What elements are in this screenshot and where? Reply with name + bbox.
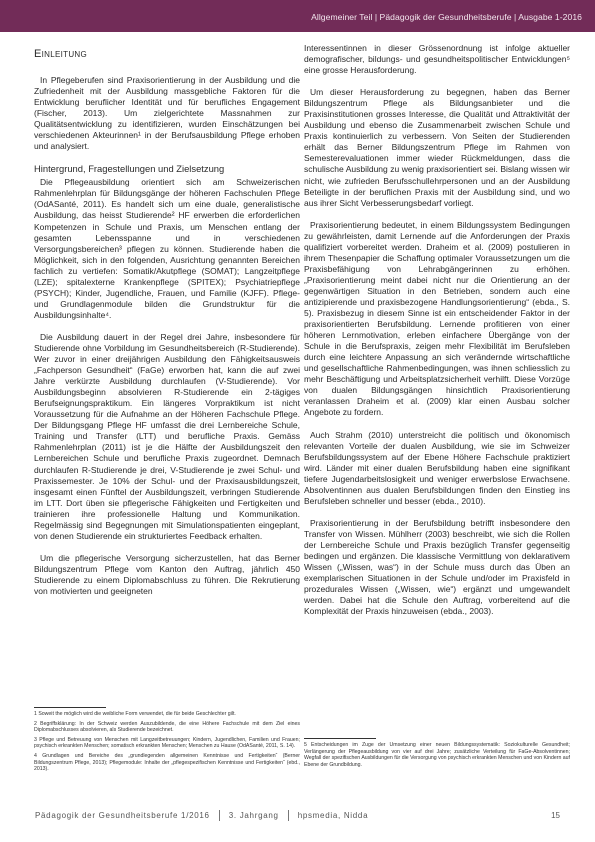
subheading: Hintergrund, Fragestellungen und Zielset… [34,163,300,175]
footnote: 2 Begriffsklärung: In der Schweiz werden… [34,721,300,734]
body-paragraph: Um die pflegerische Versorgung sicherzus… [34,553,300,597]
body-paragraph: Die Pflegeausbildung orientiert sich am … [34,177,300,321]
body-paragraph: Auch Strahm (2010) unterstreicht die pol… [304,430,570,507]
body-paragraph: Interessentinnen in dieser Grössenordnun… [304,43,570,76]
footer-publisher: hpsmedia, Nidda [298,811,369,820]
intro-paragraph: In Pflegeberufen sind Praxisorientierung… [34,75,300,152]
page-footer: Pädagogik der Gesundheitsberufe 1/2016 3… [35,810,560,821]
running-header-title: Allgemeiner Teil | Pädagogik der Gesundh… [311,12,582,22]
left-column: Einleitung In Pflegeberufen sind Praxiso… [34,47,300,597]
footnotes-right: 5 Entscheidungen im Zuge der Umsetzung e… [304,738,570,771]
footnotes-left: 1 Soweit the möglich wird die weibliche … [34,707,300,776]
right-column: Interessentinnen in dieser Grössenordnun… [304,43,570,628]
running-header-bar: Allgemeiner Teil | Pädagogik der Gesundh… [0,0,595,32]
footer-volume: 3. Jahrgang [229,811,279,820]
footnote: 1 Soweit the möglich wird die weibliche … [34,711,300,718]
footnote: 5 Entscheidungen im Zuge der Umsetzung e… [304,742,570,768]
footnote-divider [304,738,376,739]
body-paragraph: Praxisorientierung in der Berufsbildung … [304,518,570,617]
body-paragraph: Praxisorientierung bedeutet, in einem Bi… [304,220,570,419]
footer-separator [219,810,220,821]
footnote-divider [34,707,106,708]
section-title: Einleitung [34,47,300,61]
footnote: 3 Pflege und Betreuung von Menschen mit … [34,737,300,750]
body-paragraph: Um dieser Herausforderung zu begegnen, h… [304,87,570,209]
footnote: 4 Grundlagen und Bereiche des „grundlege… [34,753,300,773]
footer-journal: Pädagogik der Gesundheitsberufe 1/2016 [35,811,210,820]
body-paragraph: Die Ausbildung dauert in der Regel drei … [34,332,300,542]
footer-separator [288,810,289,821]
page-number: 15 [551,811,560,820]
